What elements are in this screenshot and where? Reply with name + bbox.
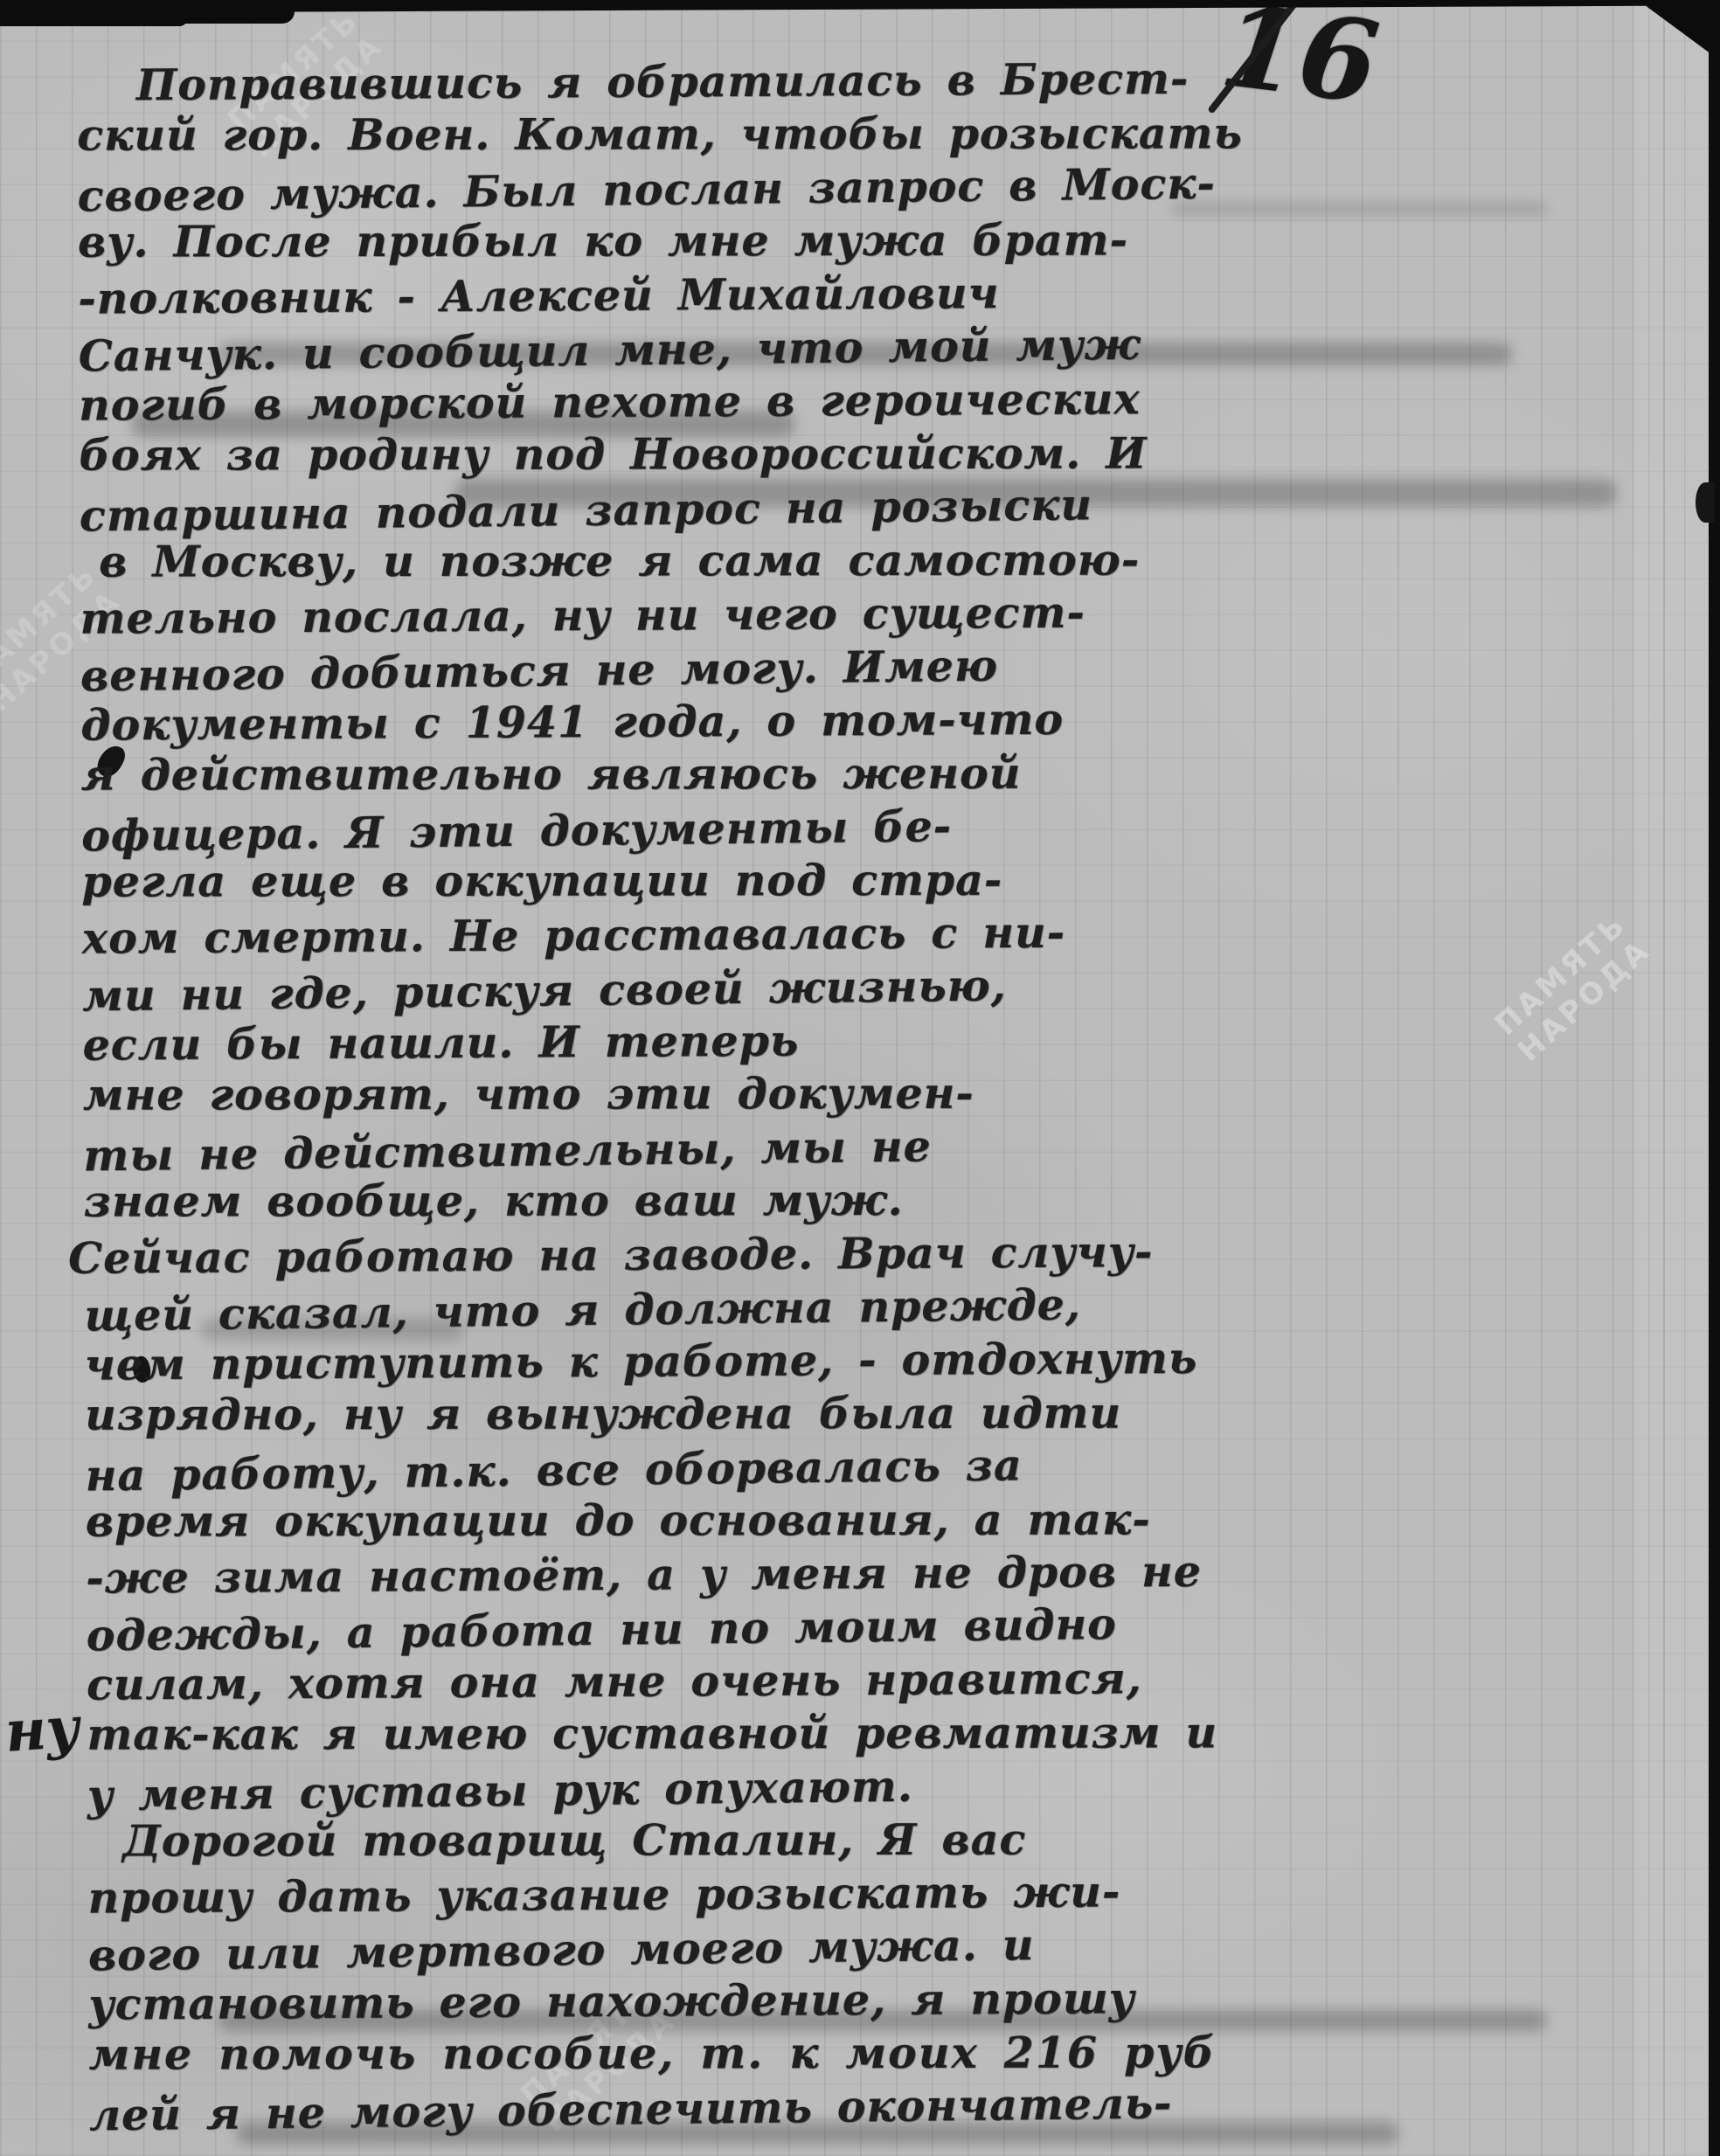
scan-border-blob	[98, 0, 295, 24]
margin-note: ну	[3, 1695, 81, 1765]
letter-line: Поправившись я обратилась в Брест-	[77, 49, 1679, 112]
letter-line: регла еще в оккупации под стра-	[81, 852, 1683, 908]
letter-line: лей я не могу обеспечить окончатель-	[89, 2071, 1692, 2143]
letter-line: Дорогой товарищ Сталин, Я вас	[87, 1812, 1689, 1868]
scan-border-right	[1709, 0, 1720, 2156]
scanned-letter-page: ПАМЯТЬ НАРОДА ПАМЯТЬ НАРОДА ПАМЯТЬ НАРОД…	[0, 0, 1720, 2156]
letter-line: в Москву, и позже я сама самостою-	[80, 532, 1682, 588]
scan-border-top-right-corner	[1638, 0, 1711, 54]
letter-line: время оккупации до основания, а так-	[86, 1492, 1688, 1548]
scan-border-right-blob	[1696, 482, 1715, 523]
letter-line: ву. После прибыл ко мне мужа брат-	[78, 212, 1680, 268]
handwritten-letter-text: Поправившись я обратилась в Брест- ский …	[77, 49, 1691, 2138]
letter-line: знаем вообще, кто ваш муж.	[84, 1172, 1686, 1228]
